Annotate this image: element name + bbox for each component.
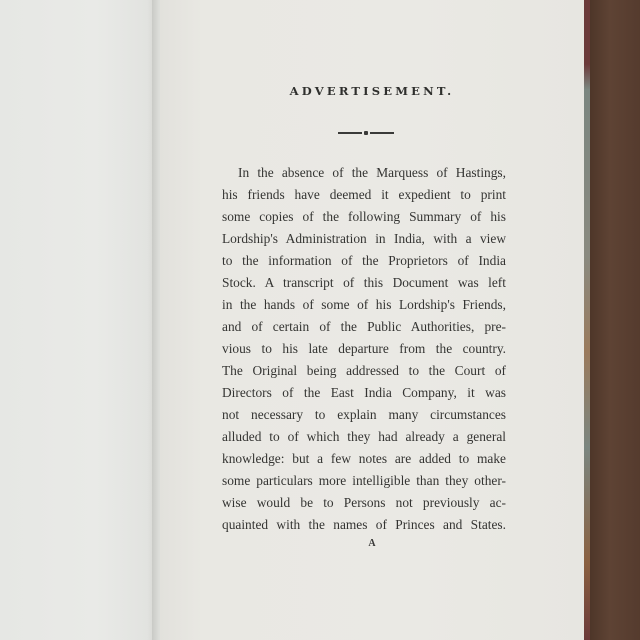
text-line: The Original being addressed to the Cour… <box>222 360 506 382</box>
text-line: some particulars more intelligible than … <box>222 470 506 492</box>
text-line: some copies of the following Summary of … <box>222 206 506 228</box>
ornament-bar-right <box>370 132 394 134</box>
text-line: Stock. A transcript of this Document was… <box>222 272 506 294</box>
text-line: alluded to of which they had already a g… <box>222 426 506 448</box>
text-line: knowledge: but a few notes are added to … <box>222 448 506 470</box>
text-line: Lordship's Administration in India, with… <box>222 228 506 250</box>
text-line: vious to his late departure from the cou… <box>222 338 506 360</box>
text-line: to the information of the Proprietors of… <box>222 250 506 272</box>
text-line: not necessary to explain many circumstan… <box>222 404 506 426</box>
page-heading: ADVERTISEMENT. <box>160 84 584 98</box>
ornament-dot <box>364 131 368 135</box>
text-line: wise would be to Persons not previously … <box>222 492 506 514</box>
signature-mark: A <box>160 538 584 549</box>
ornament-bar-left <box>338 132 362 134</box>
text-line: his friends have deemed it expedient to … <box>222 184 506 206</box>
body-paragraph: In the absence of the Marquess of Hastin… <box>222 162 506 536</box>
book-cover <box>590 0 640 640</box>
rule-ornament-icon <box>338 131 394 134</box>
text-line: quainted with the names of Princes and S… <box>222 514 506 536</box>
text-line: Directors of the East India Company, it … <box>222 382 506 404</box>
text-line: and of certain of the Public Authorities… <box>222 316 506 338</box>
text-line: In the absence of the Marquess of Hastin… <box>222 162 506 184</box>
text-line: in the hands of some of his Lordship's F… <box>222 294 506 316</box>
left-page-blank <box>0 0 160 640</box>
